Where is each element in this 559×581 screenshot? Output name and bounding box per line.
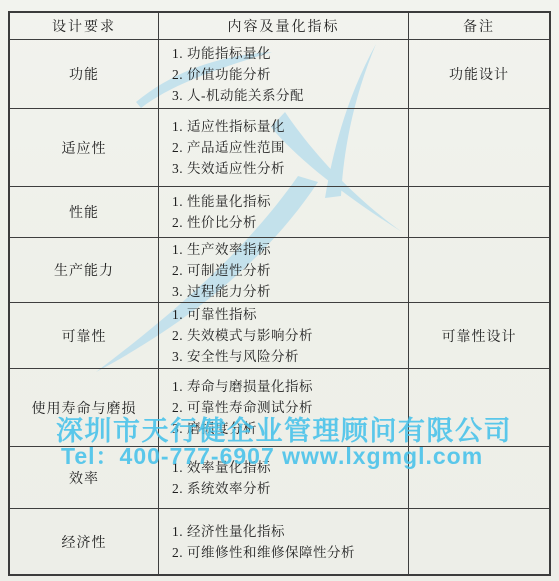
note-cell [409,238,549,302]
content-item: 3. 人-机动能关系分配 [172,85,304,106]
req-cell: 使用寿命与磨损 [10,369,159,446]
content-cell: 1. 功能指标量化 2. 价值功能分析 3. 人-机动能关系分配 [159,40,409,108]
content-cell: 1. 经济性量化指标 2. 可维修性和维修保障性分析 [159,509,409,574]
content-item: 2. 可靠性寿命测试分析 [172,397,313,418]
table-row-adaptability: 适应性 1. 适应性指标量化 2. 产品适应性范围 3. 失效适应性分析 [10,109,549,187]
req-cell: 适应性 [10,109,159,186]
header-content-indicators: 内容及量化指标 [159,13,409,39]
note-cell [409,509,549,574]
note-cell: 功能设计 [409,40,549,108]
content-item: 1. 功能指标量化 [172,43,271,64]
note-cell [409,187,549,237]
table-row-economy: 经济性 1. 经济性量化指标 2. 可维修性和维修保障性分析 [10,509,549,574]
content-item: 2. 产品适应性范围 [172,137,285,158]
table-row-performance: 性能 1. 性能量化指标 2. 性价比分析 [10,187,549,238]
req-cell: 经济性 [10,509,159,574]
table-row-reliability: 可靠性 1. 可靠性指标 2. 失效模式与影响分析 3. 安全性与风险分析 可靠… [10,303,549,369]
content-item: 1. 寿命与磨损量化指标 [172,376,313,397]
content-item: 2. 可制造性分析 [172,260,271,281]
content-cell: 1. 效率量化指标 2. 系统效率分析 [159,447,409,508]
note-cell [409,447,549,508]
content-item: 1. 经济性量化指标 [172,521,285,542]
header-design-requirement: 设计要求 [10,13,159,39]
content-item: 1. 效率量化指标 [172,457,271,478]
content-item: 1. 生产效率指标 [172,239,271,260]
table-row-function: 功能 1. 功能指标量化 2. 价值功能分析 3. 人-机动能关系分配 功能设计 [10,40,549,109]
design-requirements-table: 设计要求 内容及量化指标 备注 功能 1. 功能指标量化 2. 价值功能分析 3… [8,11,551,576]
content-item: 1. 性能量化指标 [172,191,271,212]
content-item: 3. 过程能力分析 [172,281,271,302]
content-item: 2. 可维修性和维修保障性分析 [172,542,355,563]
req-cell: 可靠性 [10,303,159,368]
content-item: 3. 失效适应性分析 [172,158,285,179]
content-cell: 1. 性能量化指标 2. 性价比分析 [159,187,409,237]
note-cell [409,109,549,186]
req-cell: 性能 [10,187,159,237]
req-cell: 生产能力 [10,238,159,302]
table-header-row: 设计要求 内容及量化指标 备注 [10,13,549,40]
content-cell: 1. 适应性指标量化 2. 产品适应性范围 3. 失效适应性分析 [159,109,409,186]
content-cell: 1. 寿命与磨损量化指标 2. 可靠性寿命测试分析 3. 磨损度分析 [159,369,409,446]
table-row-production-capacity: 生产能力 1. 生产效率指标 2. 可制造性分析 3. 过程能力分析 [10,238,549,303]
content-cell: 1. 生产效率指标 2. 可制造性分析 3. 过程能力分析 [159,238,409,302]
content-item: 2. 失效模式与影响分析 [172,325,313,346]
note-cell: 可靠性设计 [409,303,549,368]
content-item: 2. 系统效率分析 [172,478,271,499]
req-cell: 效率 [10,447,159,508]
content-item: 2. 性价比分析 [172,212,257,233]
req-cell: 功能 [10,40,159,108]
content-item: 1. 可靠性指标 [172,304,257,325]
content-cell: 1. 可靠性指标 2. 失效模式与影响分析 3. 安全性与风险分析 [159,303,409,368]
content-item: 3. 磨损度分析 [172,418,257,439]
table-row-service-life-wear: 使用寿命与磨损 1. 寿命与磨损量化指标 2. 可靠性寿命测试分析 3. 磨损度… [10,369,549,447]
content-item: 2. 价值功能分析 [172,64,271,85]
table-row-efficiency: 效率 1. 效率量化指标 2. 系统效率分析 [10,447,549,509]
note-cell [409,369,549,446]
content-item: 3. 安全性与风险分析 [172,346,299,367]
content-item: 1. 适应性指标量化 [172,116,285,137]
header-remarks: 备注 [409,13,549,39]
